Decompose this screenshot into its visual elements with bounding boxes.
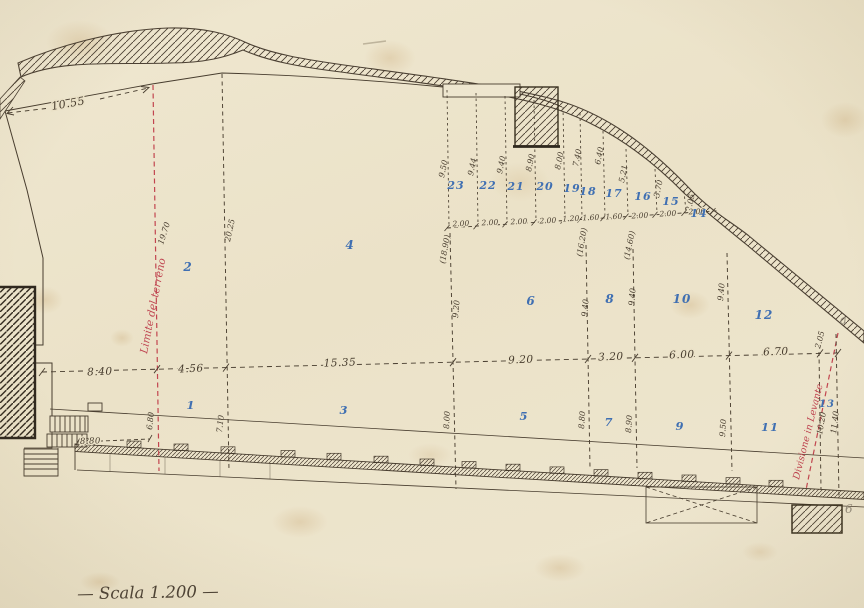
survey-plan-sheet: 10.55 8.40 4.56 15.35 9.20 3.20 6.00 6.7… xyxy=(0,0,864,608)
scan-vignette xyxy=(0,0,864,608)
survey-drawing: 10.55 8.40 4.56 15.35 9.20 3.20 6.00 6.7… xyxy=(0,0,864,608)
